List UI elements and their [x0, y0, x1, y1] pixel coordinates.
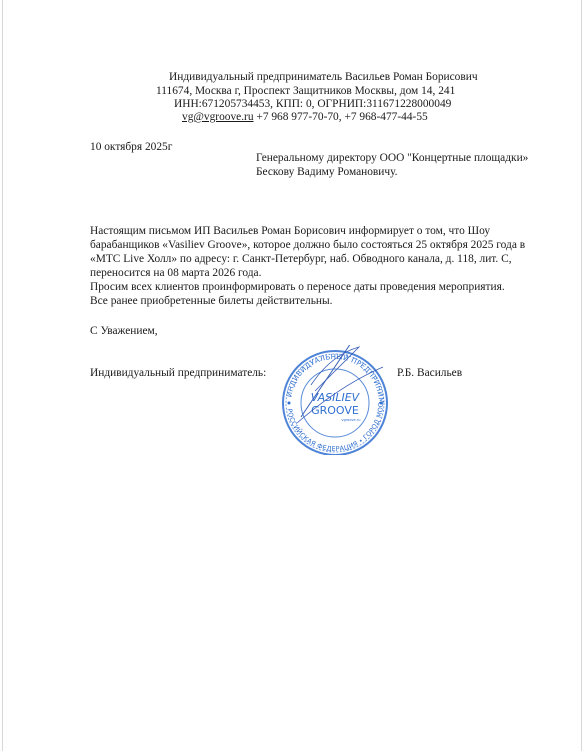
signatory-title: Индивидуальный предприниматель: — [90, 366, 266, 380]
letter-page: Индивидуальный предприниматель Васильев … — [2, 0, 582, 751]
body-tickets-line: Все ранее приобретенные билеты действите… — [90, 294, 333, 308]
header-line-address: 111674, Москва г, Проспект Защитников Мо… — [156, 84, 455, 98]
header-line-registration: ИНН:671205734453, КПП: 0, ОГРНИП:3116712… — [174, 97, 451, 111]
email-link[interactable]: vg@vgroove.ru — [182, 111, 254, 123]
body-paragraph-line: барабанщиков «Vasiliev Groove», которое … — [90, 238, 525, 252]
svg-text:vgroove.ru: vgroove.ru — [342, 418, 361, 422]
header-line-company: Индивидуальный предприниматель Васильев … — [169, 70, 478, 84]
company-stamp: ИНДИВИДУАЛЬНЫЙ ПРЕДПРИНИМАТЕЛЬ РОССИЙСКА… — [271, 345, 397, 455]
signatory-name: Р.Б. Васильев — [397, 366, 462, 380]
body-paragraph-line: Настоящим письмом ИП Васильев Роман Бори… — [90, 224, 490, 238]
body-paragraph-line: «МТС Live Холл» по адресу: г. Санкт-Пете… — [90, 252, 512, 266]
stamp-seal-icon: ИНДИВИДУАЛЬНЫЙ ПРЕДПРИНИМАТЕЛЬ РОССИЙСКА… — [271, 345, 397, 455]
closing-salutation: С Уважением, — [90, 324, 158, 338]
phone-numbers: +7 968 977-70-70, +7 968-477-44-55 — [254, 111, 428, 123]
letter-date: 10 октября 2025г — [90, 140, 172, 154]
body-request-line: Просим всех клиентов проинформировать о … — [90, 280, 505, 294]
addressee-position: Генеральному директору ООО "Концертные п… — [256, 151, 528, 165]
addressee-name: Бескову Вадиму Романовичу. — [256, 165, 398, 179]
header-line-contacts: vg@vgroove.ru +7 968 977-70-70, +7 968-4… — [182, 110, 428, 124]
body-paragraph-line: переносится на 08 марта 2026 года. — [90, 266, 261, 280]
